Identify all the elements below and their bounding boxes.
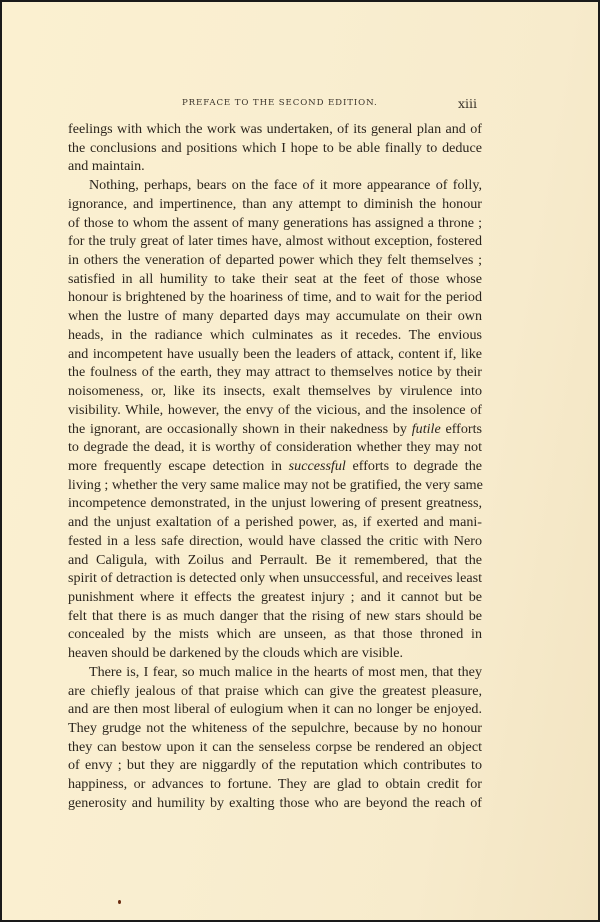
text-line: of envy ; but they are niggardly of the … [68, 756, 482, 775]
text-line: concealed by the mists which are unseen,… [68, 625, 482, 644]
text-line: and maintain. [68, 157, 482, 176]
text-line: are chiefly jealous of that praise which… [68, 682, 482, 701]
text-line: and are then most liberal of eulogium wh… [68, 700, 482, 719]
text-line: the conclusions and positions which I ho… [68, 139, 482, 158]
text-line: punishment where it effects the greatest… [68, 588, 482, 607]
text-line: ignorance, and impertinence, than any at… [68, 195, 482, 214]
text-line: generosity and humility by exalting thos… [68, 794, 482, 813]
paragraph: feelings with which the work was underta… [68, 120, 482, 176]
text-line: felt that there is as much danger that t… [68, 607, 482, 626]
text-line: for the truly great of later times have,… [68, 232, 482, 251]
body-text: feelings with which the work was underta… [68, 120, 482, 813]
paragraph: Nothing, perhaps, bears on the face of i… [68, 176, 482, 663]
text-line: and Caligula, with Zoilus and Perrault. … [68, 551, 482, 570]
text-line: they can bestow upon it can the senseles… [68, 738, 482, 757]
text-line: the foulness of the earth, they may attr… [68, 363, 482, 382]
text-line: visibility. While, however, the envy of … [68, 401, 482, 420]
text-line: when the lustre of many departed days ma… [68, 307, 482, 326]
italic-text: futile [412, 421, 441, 437]
text-line: spirit of detraction is detected only wh… [68, 569, 482, 588]
text-line: There is, I fear, so much malice in the … [68, 663, 482, 682]
text-line: living ; whether the very same malice ma… [68, 476, 482, 495]
text-line: noisomeness, or, like its insects, exalt… [68, 382, 482, 401]
text-line: of those to whom the assent of many gene… [68, 214, 482, 233]
page-number: xiii [458, 96, 477, 111]
paragraph: There is, I fear, so much malice in the … [68, 663, 482, 813]
book-page: PREFACE TO THE SECOND EDITION. xiii feel… [2, 2, 598, 920]
text-line: fested in a less safe direction, would h… [68, 532, 482, 551]
text-line: the ignorant, are occasionally shown in … [68, 420, 482, 439]
text-line: Nothing, perhaps, bears on the face of i… [68, 176, 482, 195]
text-line: heads, in the radiance which culminates … [68, 326, 482, 345]
text-line: in others the veneration of departed pow… [68, 251, 482, 270]
text-line: feelings with which the work was underta… [68, 120, 482, 139]
text-line: and incompetent have usually been the le… [68, 345, 482, 364]
text-line: happiness, or advances to fortune. They … [68, 775, 482, 794]
running-head: PREFACE TO THE SECOND EDITION. [182, 98, 378, 108]
ink-speck [118, 900, 121, 904]
text-line: and the unjust exaltation of a perished … [68, 513, 482, 532]
text-line: incompetence demonstrated, in the unjust… [68, 494, 482, 513]
text-line: more frequently escape detection in succ… [68, 457, 482, 476]
text-line: They grudge not the whiteness of the sep… [68, 719, 482, 738]
text-line: heaven should be darkened by the clouds … [68, 644, 482, 663]
italic-text: successful [289, 458, 346, 474]
text-line: honour is brightened by the hoariness of… [68, 288, 482, 307]
text-line: to degrade the dead, it is worthy of con… [68, 438, 482, 457]
text-line: satisfied in all humility to take their … [68, 270, 482, 289]
